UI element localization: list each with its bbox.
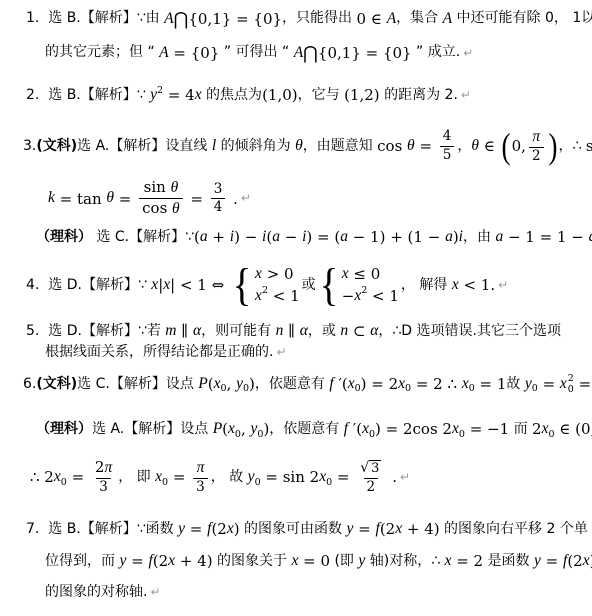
- superscript: 2: [262, 285, 268, 296]
- chinese-text: ，集合: [396, 10, 442, 27]
- math-roman: =: [538, 375, 560, 393]
- left-brace-icon: {: [233, 262, 252, 308]
- math-variable: x: [342, 265, 349, 284]
- math-roman: ,: [227, 375, 237, 393]
- subscript: 0: [257, 429, 263, 440]
- item-7-line-1: 7. 选 B.【解析】∵函数 y = f(2x) 的图象可由函数 y = f(2…: [26, 520, 588, 539]
- math-variable: a: [200, 228, 208, 247]
- math-roman: =: [185, 520, 207, 538]
- math-roman: −: [280, 228, 302, 246]
- math-roman: 2: [95, 458, 105, 478]
- item-6-wen-line: 6.(文科)选 C.【解析】设点 P(x0, y0)，依题意有 f ′(x0) …: [23, 374, 592, 394]
- math-variable: x: [354, 287, 361, 306]
- math-variable: θ: [106, 189, 114, 208]
- math-variable: k: [48, 189, 55, 208]
- math-variable: n: [276, 322, 284, 341]
- intersection-symbol: ⋂: [174, 9, 189, 31]
- math-roman: =: [114, 190, 136, 208]
- item-5-line-1: 5. 选 D.【解析】∵若 m ∥ α，则可能有 n ∥ α，或 n ⊂ α，∴…: [26, 322, 561, 341]
- sqrt-expression: √3: [360, 459, 381, 478]
- math-variable: x: [398, 375, 405, 394]
- math-variable: n: [340, 322, 348, 341]
- math-variable: x: [395, 520, 402, 539]
- cases-rows: x > 0x2 < 1: [255, 265, 300, 305]
- math-roman: 0,: [512, 137, 526, 155]
- paragraph-return-mark: ↵: [498, 278, 508, 292]
- chinese-text: ，依题意有: [255, 376, 329, 393]
- math-roman: ) −: [234, 228, 262, 246]
- fraction: π2: [529, 127, 544, 166]
- case-row: x > 0: [255, 265, 294, 284]
- math-roman: .: [387, 468, 397, 486]
- math-roman: ∴ 2: [30, 468, 54, 486]
- math-roman: = tan: [55, 190, 107, 208]
- fraction-numerator: 4: [440, 128, 455, 146]
- item-3-li-line: （理科） 选 C.【解析】∵(a + i) − i(a − i) = (a − …: [36, 228, 592, 247]
- math-variable: A: [164, 10, 173, 29]
- math-variable: y: [347, 520, 354, 539]
- math-roman: = 4: [163, 86, 195, 104]
- math-roman: < 1: [367, 287, 399, 305]
- chinese-text: 的图象关于: [213, 553, 292, 570]
- math-roman: ) = 2cos 2: [375, 420, 452, 438]
- chinese-text: (即: [330, 553, 358, 570]
- math-variable: A: [443, 10, 452, 29]
- math-roman: ) = (: [306, 228, 340, 246]
- math-roman: ≤ 0: [349, 265, 381, 283]
- paragraph-return-mark: ↵: [461, 88, 471, 102]
- math-roman: =: [353, 520, 375, 538]
- chinese-text: 的其它元素；但 “: [45, 44, 159, 61]
- item-6-li-line: （理科）选 A.【解析】设点 P(x0, y0)，依题意有 f ′(x0) = …: [36, 420, 592, 439]
- math-variable: x: [462, 375, 469, 394]
- fraction-denominator: cos θ: [139, 198, 183, 219]
- bold-label: (文科): [36, 376, 77, 393]
- math-roman: | < 1 ⇔: [170, 276, 229, 294]
- math-roman: = 2 ∴: [411, 375, 462, 393]
- chinese-text: ，∴D 选项错误.其它三个选项: [378, 323, 561, 340]
- math-roman: =: [332, 468, 354, 486]
- chinese-text: 是函数: [483, 553, 534, 570]
- math-variable: x: [362, 420, 369, 439]
- math-roman: < 1: [268, 287, 300, 305]
- math-variable: x: [168, 552, 175, 571]
- big-paren-group: (0,π2): [500, 127, 559, 166]
- math-variable: a: [272, 228, 280, 247]
- math-roman: .: [228, 190, 238, 208]
- item-5-line-2: 根据线面关系，所得结论都是正确的.↵: [45, 344, 287, 361]
- subscript: 0: [405, 383, 411, 394]
- math-roman: =: [541, 552, 563, 570]
- subscript: 0: [235, 429, 241, 440]
- subscript: 0: [459, 429, 465, 440]
- fraction-denominator: 3: [193, 478, 208, 497]
- fraction: 2π3: [92, 458, 115, 497]
- subscript: 0: [355, 383, 361, 394]
- paragraph-return-mark: ↵: [241, 191, 251, 205]
- paren-content: 0,π2: [512, 127, 547, 166]
- math-roman: cos: [142, 199, 172, 219]
- math-variable: P: [198, 375, 207, 394]
- item-1-line-2: 的其它元素；但 “ A = {0} ” 可得出 “ A⋂{0,1} = {0} …: [45, 42, 473, 64]
- case-row: x ≤ 0: [342, 265, 381, 284]
- math-variable: x: [163, 276, 170, 295]
- chinese-text: ，依题意有: [269, 421, 343, 438]
- math-roman: ∥: [177, 322, 193, 340]
- math-roman: ′(: [348, 420, 362, 438]
- math-variable: x: [214, 375, 221, 394]
- chinese-text: 选 A.【解析】设点: [92, 421, 213, 438]
- math-variable: x: [54, 468, 61, 487]
- bold-label: （理科）: [36, 421, 92, 438]
- subscript: 0: [532, 383, 538, 394]
- chinese-text: 位得到，而: [45, 553, 119, 570]
- item-7-line-3: 的图象的对称轴.↵: [45, 584, 161, 601]
- subscript: 0: [469, 383, 475, 394]
- subscript: 0: [548, 429, 554, 440]
- math-variable: A: [387, 10, 396, 29]
- fraction-denominator: 5: [440, 146, 455, 165]
- math-roman: (2: [567, 552, 582, 570]
- math-roman: ,: [241, 420, 251, 438]
- item-1-line-1: 1. 选 B.【解析】∵由 A⋂{0,1} = {0}，只能得出 0 ∈ A，集…: [26, 8, 592, 30]
- case-row: −x2 < 1: [342, 287, 399, 306]
- math-variable: a: [495, 228, 503, 247]
- math-roman: =: [168, 468, 190, 486]
- math-variable: θ: [471, 137, 479, 156]
- math-variable: α: [193, 322, 201, 341]
- fraction-numerator: π: [194, 458, 208, 478]
- chinese-text: 3.: [23, 138, 36, 155]
- fraction-numerator: 3: [211, 181, 226, 199]
- math-roman: ′(: [334, 375, 348, 393]
- item-4-line: 4. 选 D.【解析】∵ x|x| < 1 ⇔ {x > 0x2 < 1或{x …: [26, 262, 508, 308]
- math-roman: + 4): [175, 552, 213, 570]
- item-3-k-line: k = tan θ = sin θcos θ = 34 .↵: [48, 178, 251, 219]
- chinese-text: 中还可能有除 0， 1以外: [452, 10, 592, 27]
- paragraph-return-mark: ↵: [463, 46, 473, 60]
- fraction: π3: [193, 458, 208, 497]
- math-variable: a: [589, 228, 592, 247]
- item-3-wen-line: 3.(文科)选 A.【解析】设直线 l 的倾斜角为 θ，由题意知 cos θ =…: [23, 127, 592, 166]
- math-roman: ⊂: [348, 322, 370, 340]
- math-variable: m: [165, 322, 176, 341]
- paragraph-return-mark: ↵: [276, 345, 286, 359]
- math-variable: x: [227, 520, 234, 539]
- chinese-text: 的图象的对称轴.: [45, 584, 147, 601]
- chinese-text: 7. 选 B.【解析】∵函数: [26, 521, 178, 538]
- math-variable: y: [150, 86, 157, 105]
- chinese-text: 选 C.【解析】设点: [77, 376, 198, 393]
- math-roman: = −1: [465, 420, 509, 438]
- math-roman: sin: [144, 178, 171, 198]
- fraction-denominator: 3: [96, 478, 111, 497]
- math-roman: +: [208, 228, 230, 246]
- math-roman: {0,1} = {0}: [188, 10, 282, 28]
- chinese-text: ，: [457, 138, 471, 155]
- math-variable: π: [104, 458, 112, 478]
- math-variable: y: [251, 420, 258, 439]
- chinese-text: 的倾斜角为: [216, 138, 295, 155]
- math-roman: ∥: [283, 322, 299, 340]
- math-roman: {0,1} = {0}: [318, 44, 412, 62]
- math-roman: = {0}: [169, 44, 220, 62]
- math-roman: ) = 2: [361, 375, 399, 393]
- chinese-text: ， 故: [211, 469, 248, 486]
- chinese-text: 5. 选 D.【解析】∵若: [26, 323, 165, 340]
- left-brace-icon: {: [319, 262, 338, 308]
- math-variable: x: [348, 375, 355, 394]
- math-roman: > 0: [262, 265, 294, 283]
- fraction-denominator: 4: [211, 198, 226, 217]
- math-variable: α: [300, 322, 308, 341]
- fraction: 45: [440, 128, 455, 164]
- math-variable: a: [445, 228, 453, 247]
- subscript: 0: [243, 383, 249, 394]
- chinese-text: 的焦点为: [202, 87, 262, 104]
- math-variable: A: [294, 44, 303, 63]
- math-variable: x: [255, 287, 262, 306]
- bold-label: (文科): [36, 138, 77, 155]
- math-variable: x: [583, 552, 590, 571]
- math-variable: y: [525, 375, 532, 394]
- chinese-text: 选 A.【解析】设直线: [77, 138, 212, 155]
- item-2-line-1: 2. 选 B.【解析】∵ y2 = 4x 的焦点为(1,0)，它与 (1,2) …: [26, 86, 471, 105]
- math-roman: ∈: [479, 137, 500, 155]
- math-variable: A: [159, 44, 168, 63]
- fraction: 34: [211, 181, 226, 217]
- math-variable: θ: [171, 178, 179, 198]
- item-6-calc-line: ∴ 2x0 = 2π3， 即 x0 = π3， 故 y0 = sin 2x0 =…: [30, 458, 410, 497]
- chinese-text: ” 成立.: [412, 44, 461, 61]
- fraction-denominator: 2: [364, 478, 379, 497]
- cases-group: {x ≤ 0−x2 < 1: [318, 262, 399, 308]
- intersection-symbol: ⋂: [303, 43, 318, 65]
- fraction: √32: [357, 459, 384, 496]
- math-roman: = 1.: [574, 375, 592, 393]
- math-roman: cos: [377, 137, 407, 155]
- math-roman: − 1 = 1 −: [503, 228, 588, 246]
- math-roman: = 1: [475, 375, 507, 393]
- chinese-text: 轴)对称，∴: [365, 553, 444, 570]
- math-roman: =: [415, 137, 437, 155]
- chinese-text: 而: [509, 421, 532, 438]
- chinese-text: 故: [506, 376, 524, 393]
- fraction-numerator: sin θ: [141, 178, 182, 198]
- math-roman: (2: [380, 520, 395, 538]
- math-roman: = 2: [451, 552, 483, 570]
- math-variable: y: [236, 375, 243, 394]
- subscript: 0: [369, 429, 375, 440]
- math-variable: x: [452, 420, 459, 439]
- math-variable: x: [291, 552, 298, 571]
- chinese-text: 1. 选 B.【解析】∵由: [26, 10, 164, 27]
- chinese-text: 或: [302, 277, 316, 294]
- math-roman: −: [342, 287, 355, 305]
- subscript: 0: [326, 477, 332, 488]
- math-variable: π: [197, 458, 205, 478]
- chinese-text: 的距离为 2.: [380, 87, 458, 104]
- math-variable: x: [155, 468, 162, 487]
- close-paren-icon: ): [548, 128, 557, 164]
- math-variable: y: [119, 552, 126, 571]
- fraction: sin θcos θ: [139, 178, 183, 219]
- fraction-numerator: π: [529, 127, 543, 147]
- case-row: x2 < 1: [255, 287, 300, 306]
- chinese-text: ，∴: [559, 138, 586, 155]
- chinese-text: ，由题意知: [303, 138, 377, 155]
- math-variable: x: [452, 276, 459, 295]
- superscript: 2: [157, 85, 163, 96]
- math-variable: x: [445, 552, 452, 571]
- math-variable: x: [151, 276, 158, 295]
- math-roman: (2: [153, 552, 168, 570]
- math-roman: (2: [211, 520, 226, 538]
- cases-rows: x ≤ 0−x2 < 1: [342, 265, 399, 305]
- math-variable: y: [534, 552, 541, 571]
- math-roman: =: [186, 190, 208, 208]
- fraction-numerator: √3: [357, 459, 384, 478]
- chinese-text: ，它与: [298, 87, 344, 104]
- math-variable: θ: [172, 199, 180, 219]
- math-roman: < 1.: [459, 276, 495, 294]
- paragraph-return-mark: ↵: [150, 585, 160, 599]
- superscript: 2: [361, 285, 367, 296]
- paragraph-return-mark: ↵: [400, 470, 410, 484]
- chinese-text: 选 C.【解析】∵: [92, 229, 194, 246]
- chinese-text: ，只能得出: [282, 10, 356, 27]
- chinese-text: 6.: [23, 376, 36, 393]
- math-variable: x: [255, 265, 262, 284]
- math-variable: θ: [407, 137, 415, 156]
- chinese-text: 的图象向右平移 2 个单: [440, 521, 588, 538]
- math-roman: =: [67, 468, 89, 486]
- cases-group: {x > 0x2 < 1: [231, 262, 300, 308]
- math-roman: − 1) + (1 −: [348, 228, 445, 246]
- chinese-text: 2. 选 B.【解析】∵: [26, 87, 150, 104]
- chinese-text: ，或: [308, 323, 340, 340]
- math-variable: y: [358, 552, 365, 571]
- math-variable: a: [340, 228, 348, 247]
- math-roman: ∈ (0,: [555, 420, 592, 438]
- radical-icon: √: [360, 459, 369, 477]
- chinese-text: 4. 选 D.【解析】∵: [26, 277, 151, 294]
- chinese-text: ，由: [463, 229, 495, 246]
- chinese-text: 根据线面关系，所得结论都是正确的.: [45, 344, 273, 361]
- math-variable: P: [213, 420, 222, 439]
- math-roman: 0 ∈: [357, 10, 387, 28]
- fraction-numerator: 2π: [92, 458, 115, 478]
- math-roman: sin: [586, 137, 592, 155]
- math-roman: 2: [532, 420, 542, 438]
- math-roman: =: [126, 552, 148, 570]
- fraction-denominator: 2: [529, 147, 544, 166]
- chinese-text: ，则可能有: [201, 323, 275, 340]
- math-variable: x: [228, 420, 235, 439]
- chinese-text: 的图象可由函数: [240, 521, 347, 538]
- bold-label: （理科）: [36, 229, 92, 246]
- math-variable: θ: [295, 137, 303, 156]
- subscript: 0: [221, 383, 227, 394]
- math-variable: x: [542, 420, 549, 439]
- chinese-text: ” 可得出 “: [219, 44, 293, 61]
- chinese-text: ， 即: [118, 469, 155, 486]
- math-roman: (1,0): [262, 86, 298, 104]
- math-variable: π: [532, 127, 540, 147]
- item-7-line-2: 位得到，而 y = f(2x + 4) 的图象关于 x = 0 (即 y 轴)对…: [45, 552, 592, 571]
- math-variable: α: [370, 322, 378, 341]
- math-roman: + 4): [402, 520, 440, 538]
- math-variable: x: [195, 86, 202, 105]
- open-paren-icon: (: [501, 128, 510, 164]
- math-variable: x: [560, 375, 567, 394]
- radicand: 3: [369, 460, 381, 478]
- subscript: 0: [162, 477, 168, 488]
- math-variable: y: [178, 520, 185, 539]
- document-page: 1. 选 B.【解析】∵由 A⋂{0,1} = {0}，只能得出 0 ∈ A，集…: [0, 0, 592, 616]
- subscript: 0: [61, 477, 67, 488]
- math-roman: = 0: [298, 552, 330, 570]
- math-roman: = sin 2: [261, 468, 320, 486]
- chinese-text: ， 解得: [401, 277, 452, 294]
- math-variable: x: [319, 468, 326, 487]
- math-variable: y: [248, 468, 255, 487]
- subscript: 0: [255, 477, 261, 488]
- math-roman: (1,2): [344, 86, 380, 104]
